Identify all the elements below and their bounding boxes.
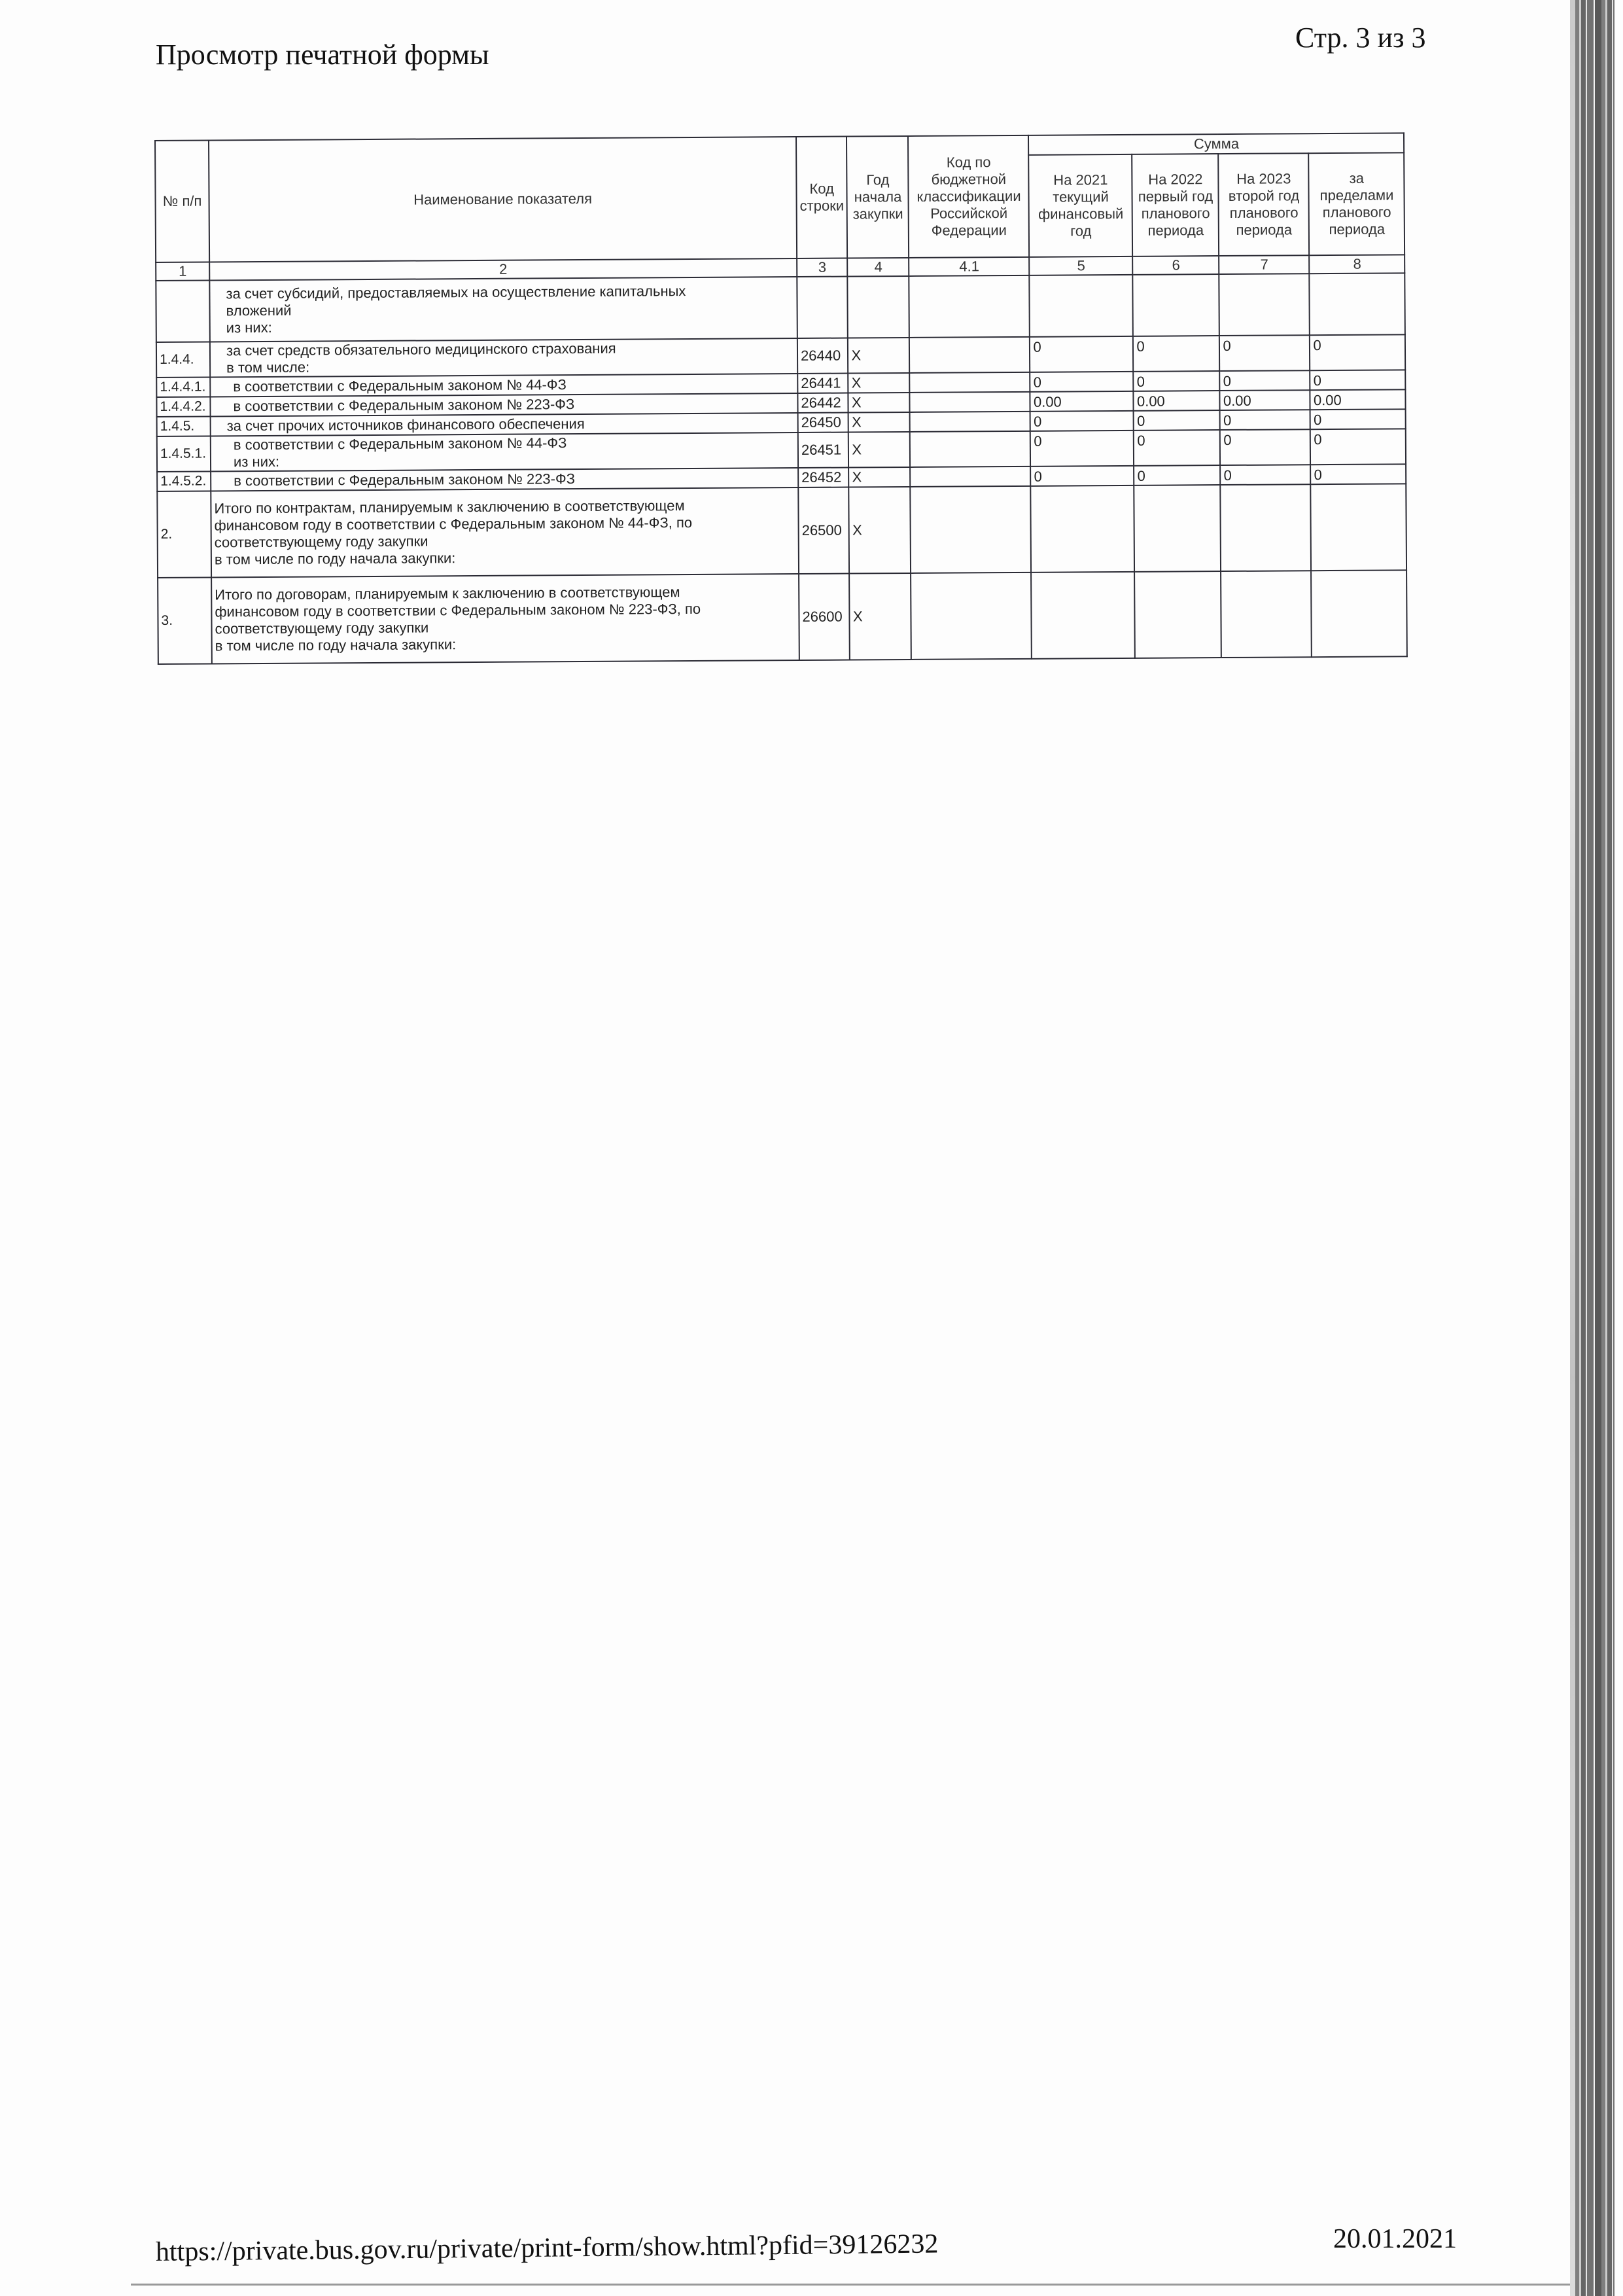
row-name: Итого по договорам, планируемым к заключ…	[211, 574, 799, 663]
row-sum-s8	[1311, 484, 1407, 571]
row-code: 26500	[798, 487, 849, 574]
row-name-line: в том числе:	[226, 356, 794, 376]
footer-date: 20.01.2021	[1333, 2223, 1457, 2255]
row-sum-s6: 0	[1134, 465, 1221, 486]
row-sum-s5	[1032, 572, 1136, 659]
row-code: 26450	[798, 413, 849, 433]
row-sum-s6: 0	[1134, 410, 1220, 431]
row-name: в соответствии с Федеральным законом № 4…	[211, 433, 798, 471]
row-sum-s8: 0	[1310, 370, 1406, 390]
row-sum-s8	[1310, 273, 1406, 335]
row-sum-s7: 0	[1221, 465, 1311, 485]
row-kbk	[910, 372, 1030, 393]
column-index: 4	[848, 258, 909, 277]
row-sum-s8: 0.00	[1310, 389, 1406, 410]
row-name-line: в том числе по году начала закупки:	[215, 548, 795, 568]
row-sum-s5: 0	[1030, 372, 1134, 392]
row-name-line: в том числе по году начала закупки:	[215, 634, 796, 654]
row-kbk	[910, 431, 1030, 467]
row-sum-s6	[1133, 274, 1220, 336]
row-number: 1.4.5.1.	[157, 436, 211, 471]
row-code: 26440	[797, 338, 848, 374]
row-kbk	[909, 337, 1030, 373]
row-name: за счет субсидий, предоставляемых на осу…	[209, 277, 797, 342]
row-code: 26441	[797, 374, 848, 393]
row-sum-s6: 0.00	[1134, 391, 1220, 411]
col-header-sum-group: Сумма	[1028, 133, 1404, 155]
row-number: 1.4.5.	[157, 416, 211, 436]
column-index: 1	[156, 262, 209, 281]
row-year: X	[848, 373, 910, 393]
row-name: за счет средств обязательного медицинско…	[210, 338, 797, 377]
row-name-line: за счет прочих источников финансового об…	[227, 414, 795, 434]
row-name-line: из них:	[226, 316, 794, 336]
row-sum-s5: 0	[1030, 336, 1133, 372]
col-header-kbk: Код по бюджетной классификации Российско…	[908, 135, 1029, 258]
row-year: X	[850, 573, 912, 660]
table-row: за счет субсидий, предоставляемых на осу…	[156, 273, 1405, 342]
row-number: 3.	[158, 577, 212, 663]
col-header-beyond: за пределами планового периода	[1309, 152, 1405, 255]
row-code: 26451	[798, 433, 849, 468]
page-counter: Стр. 3 из 3	[1295, 21, 1425, 54]
row-year: X	[849, 467, 911, 487]
row-sum-s7: 0	[1220, 410, 1310, 430]
row-sum-s6: 0	[1133, 336, 1219, 372]
row-number: 1.4.4.	[156, 342, 210, 377]
row-kbk	[911, 573, 1032, 660]
row-sum-s7	[1219, 274, 1310, 336]
row-code: 26600	[799, 574, 850, 660]
row-sum-s5: 0	[1031, 466, 1134, 486]
col-header-num: № п/п	[155, 140, 209, 262]
row-sum-s5	[1030, 275, 1134, 337]
row-sum-s7: 0	[1220, 429, 1310, 465]
column-index: 3	[797, 258, 848, 277]
col-header-2021: На 2021 текущий финансовый год	[1029, 154, 1133, 257]
row-sum-s8: 0	[1310, 334, 1405, 370]
page-title: Просмотр печатной формы	[156, 38, 489, 71]
col-header-code: Код строки	[796, 137, 848, 258]
column-index: 7	[1219, 255, 1310, 274]
row-sum-s8: 0	[1310, 429, 1406, 465]
row-sum-s8: 0	[1311, 464, 1406, 484]
scan-artifact	[1575, 0, 1614, 2296]
row-year: X	[848, 412, 910, 433]
row-sum-s6: 0	[1134, 430, 1220, 466]
procurement-table: № п/п Наименование показателя Код строки…	[154, 132, 1408, 665]
row-name: Итого по контрактам, планируемым к заклю…	[211, 487, 799, 577]
table-row: 2.Итого по контрактам, планируемым к зак…	[157, 484, 1406, 578]
table-row: 3.Итого по договорам, планируемым к закл…	[158, 570, 1407, 664]
scan-artifact	[131, 2284, 1570, 2286]
row-sum-s6	[1134, 485, 1221, 572]
row-code: 26452	[798, 468, 849, 487]
row-sum-s7: 0.00	[1220, 390, 1310, 410]
column-index: 8	[1310, 255, 1405, 274]
row-number: 1.4.4.2.	[156, 397, 210, 417]
row-kbk	[910, 392, 1030, 412]
row-kbk	[911, 467, 1031, 487]
row-sum-s6: 0	[1134, 371, 1220, 391]
col-header-year: Год начала закупки	[846, 136, 909, 258]
column-index: 6	[1133, 256, 1219, 275]
row-kbk	[910, 412, 1030, 432]
row-sum-s8: 0	[1310, 409, 1406, 429]
row-sum-s5: 0.00	[1030, 391, 1134, 412]
row-code	[797, 277, 848, 338]
row-name-line: из них:	[234, 450, 795, 470]
row-number	[156, 280, 210, 342]
row-year	[848, 276, 910, 338]
row-code: 26442	[797, 393, 848, 413]
row-sum-s7	[1221, 571, 1312, 658]
row-kbk	[909, 275, 1030, 338]
row-sum-s8	[1312, 570, 1408, 657]
row-name-line: в соответствии с Федеральным законом № 2…	[233, 395, 794, 415]
row-sum-s7: 0	[1220, 370, 1310, 391]
row-sum-s5: 0	[1030, 411, 1134, 431]
row-sum-s7	[1221, 484, 1312, 571]
row-year: X	[848, 338, 909, 374]
row-sum-s7: 0	[1219, 335, 1310, 371]
row-number: 2.	[157, 491, 211, 577]
row-year: X	[848, 393, 910, 413]
column-index: 5	[1030, 256, 1133, 275]
row-number: 1.4.4.1.	[156, 377, 210, 397]
row-kbk	[911, 486, 1032, 573]
row-year: X	[848, 432, 910, 468]
scan-artifact	[1570, 0, 1575, 2296]
row-sum-s6	[1135, 571, 1222, 658]
column-index: 4.1	[909, 257, 1030, 276]
row-name-line: в соответствии с Федеральным законом № 4…	[233, 375, 794, 395]
footer-url: https://private.bus.gov.ru/private/print…	[156, 2228, 939, 2268]
row-number: 1.4.5.2.	[157, 471, 211, 491]
row-sum-s5: 0	[1030, 431, 1134, 467]
row-sum-s5	[1031, 486, 1135, 573]
col-header-2022: На 2022 первый год планового периода	[1132, 154, 1219, 256]
row-year: X	[849, 487, 911, 574]
col-header-name: Наименование показателя	[209, 137, 797, 262]
row-name-line: в соответствии с Федеральным законом № 2…	[234, 469, 795, 489]
col-header-2023: На 2023 второй год планового периода	[1219, 153, 1310, 256]
